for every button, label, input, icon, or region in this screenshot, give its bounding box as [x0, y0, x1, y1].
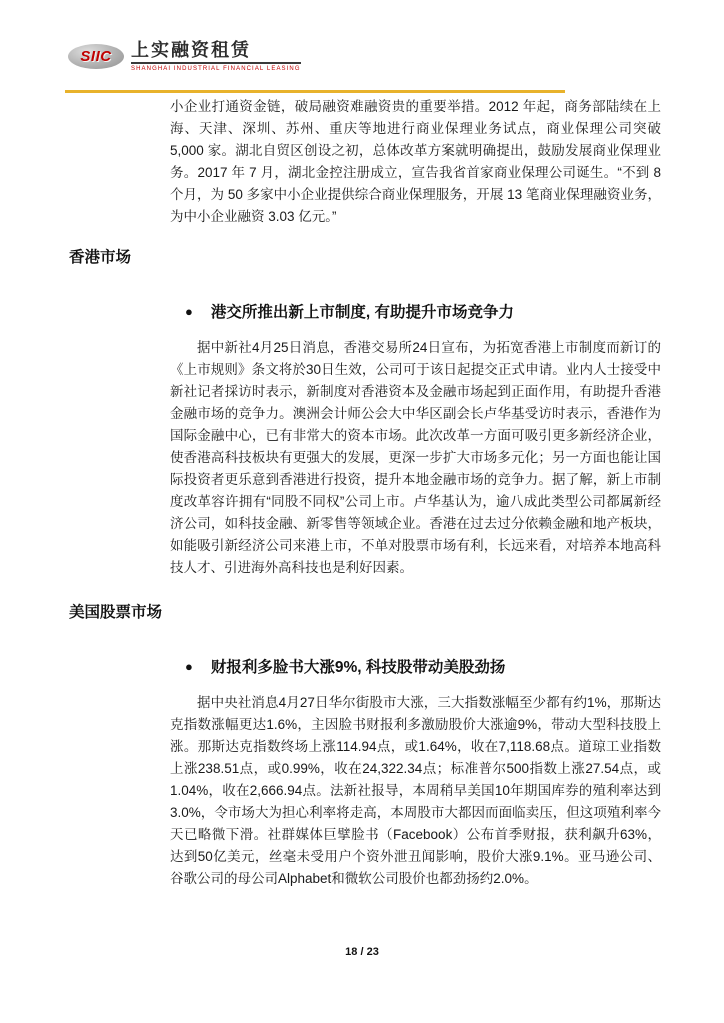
bullet-title-hongkong: 港交所推出新上市制度, 有助提升市场竞争力 — [211, 300, 514, 322]
logo-wordmark: 上实融资租赁 SHANGHAI INDUSTRIAL FINANCIAL LEA… — [131, 40, 301, 72]
paragraph-hongkong: 据中新社4月25日消息，香港交易所24日宣布，为拓宽香港上市制度而新订的《上市规… — [170, 337, 661, 579]
bullet-item-hongkong: ● 港交所推出新上市制度, 有助提升市场竞争力 — [185, 300, 514, 322]
logo-company-name: 上实融资租赁 — [131, 40, 301, 64]
header-divider — [65, 90, 565, 93]
page-number: 18 / 23 — [0, 946, 724, 958]
intro-paragraph: 小企业打通资金链，破局融资难融资贵的重要举措。2012 年起，商务部陆续在上海、… — [170, 96, 661, 228]
section-heading-us-stocks: 美国股票市场 — [69, 600, 162, 622]
company-logo: SIIC 上实融资租赁 SHANGHAI INDUSTRIAL FINANCIA… — [68, 40, 301, 72]
section-heading-hongkong: 香港市场 — [69, 245, 131, 267]
logo-company-subtitle: SHANGHAI INDUSTRIAL FINANCIAL LEASING — [131, 66, 301, 72]
bullet-item-us-stocks: ● 财报利多脸书大涨9%, 科技股带动美股劲扬 — [185, 655, 505, 677]
bullet-title-us-stocks: 财报利多脸书大涨9%, 科技股带动美股劲扬 — [211, 655, 506, 677]
document-page: SIIC 上实融资租赁 SHANGHAI INDUSTRIAL FINANCIA… — [0, 0, 724, 1023]
bullet-icon: ● — [185, 304, 193, 319]
bullet-icon: ● — [185, 659, 193, 674]
siic-logo-text: SIIC — [80, 48, 111, 65]
siic-logo-icon: SIIC — [68, 44, 124, 69]
paragraph-us-stocks: 据中央社消息4月27日华尔街股市大涨，三大指数涨幅至少都有约1%，那斯达克指数涨… — [170, 692, 661, 890]
